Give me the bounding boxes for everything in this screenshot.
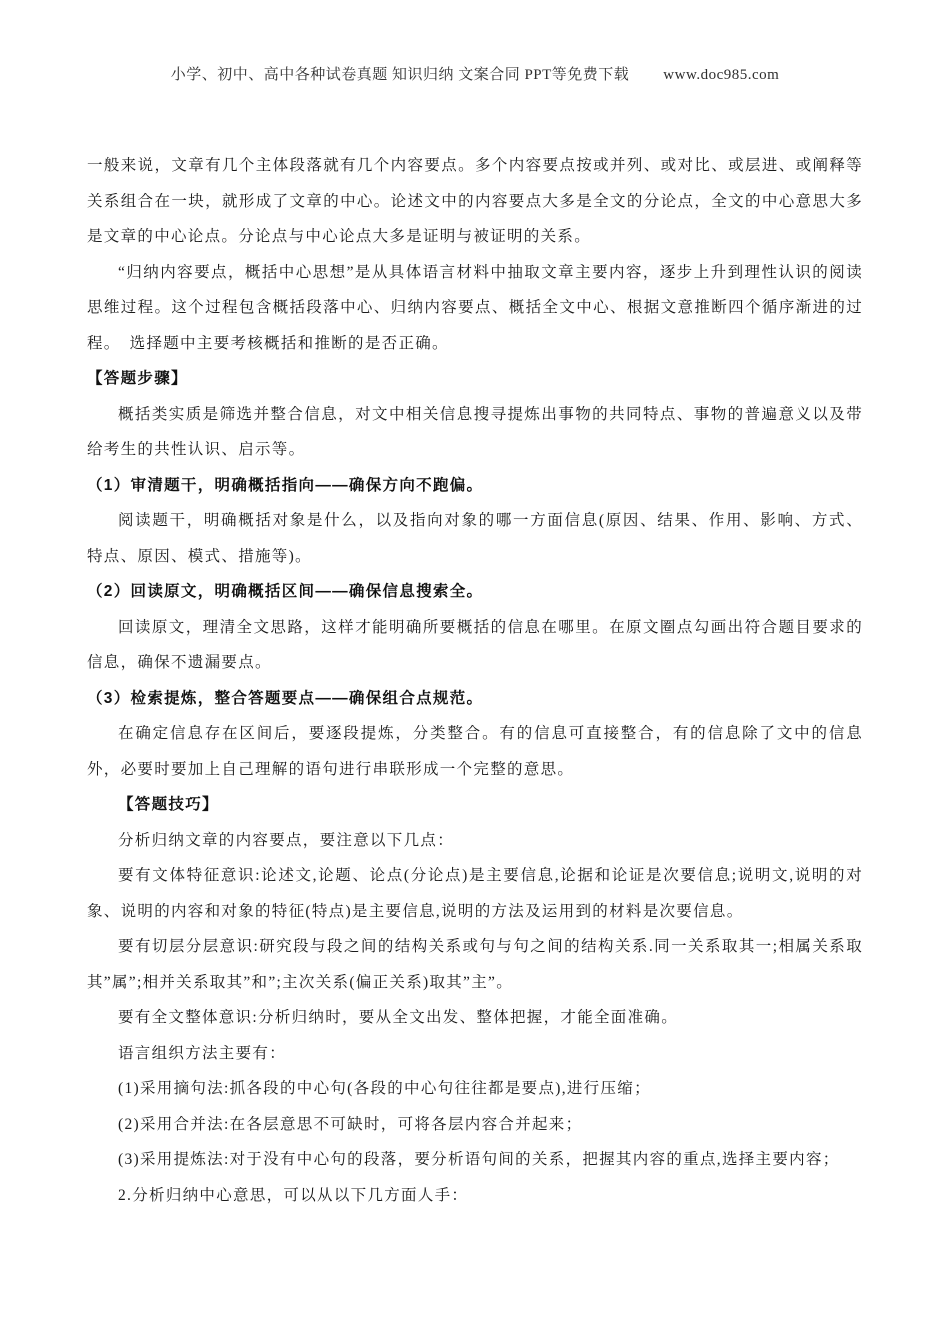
paragraph-method-merge: (2)采用合并法:在各层意思不可缺时，可将各层内容合并起来； bbox=[87, 1107, 863, 1143]
paragraph-whole-text-awareness: 要有全文整体意识:分析归纳时，要从全文出发、整体把握，才能全面准确。 bbox=[87, 1000, 863, 1036]
paragraph-techniques-intro: 分析归纳文章的内容要点，要注意以下几点： bbox=[87, 823, 863, 859]
paragraph-summary-essence: 概括类实质是筛选并整合信息，对文中相关信息搜寻提炼出事物的共同特点、事物的普遍意… bbox=[87, 397, 863, 468]
page-header: 小学、初中、高中各种试卷真题 知识归纳 文案合同 PPT等免费下载www.doc… bbox=[0, 64, 950, 86]
paragraph-intro: 一般来说，文章有几个主体段落就有几个内容要点。多个内容要点按或并列、或对比、或层… bbox=[87, 148, 863, 255]
paragraph-genre-awareness: 要有文体特征意识:论述文,论题、论点(分论点)是主要信息,论据和论证是次要信息;… bbox=[87, 858, 863, 929]
paragraph-definition: “归纳内容要点，概括中心思想”是从具体语言材料中抽取文章主要内容，逐步上升到理性… bbox=[87, 255, 863, 362]
document-body: 一般来说，文章有几个主体段落就有几个内容要点。多个内容要点按或并列、或对比、或层… bbox=[87, 148, 863, 1213]
paragraph-method-extract: (1)采用摘句法:抓各段的中心句(各段的中心句往往都是要点),进行压缩； bbox=[87, 1071, 863, 1107]
heading-step-1: （1）审清题干，明确概括指向——确保方向不跑偏。 bbox=[87, 468, 863, 504]
heading-step-3: （3）检索提炼，整合答题要点——确保组合点规范。 bbox=[87, 681, 863, 717]
heading-answer-techniques: 【答题技巧】 bbox=[87, 787, 863, 823]
paragraph-step-1-detail: 阅读题干，明确概括对象是什么，以及指向对象的哪一方面信息(原因、结果、作用、影响… bbox=[87, 503, 863, 574]
header-site-text: 小学、初中、高中各种试卷真题 知识归纳 文案合同 PPT等免费下载 bbox=[171, 67, 630, 83]
paragraph-language-methods: 语言组织方法主要有： bbox=[87, 1036, 863, 1072]
paragraph-central-idea-intro: 2.分析归纳中心意思，可以从以下几方面人手： bbox=[87, 1178, 863, 1214]
paragraph-step-2-detail: 回读原文，理清全文思路，这样才能明确所要概括的信息在哪里。在原文圈点勾画出符合题… bbox=[87, 610, 863, 681]
heading-answer-steps: 【答题步骤】 bbox=[87, 361, 863, 397]
header-site-url: www.doc985.com bbox=[663, 67, 779, 83]
paragraph-step-3-detail: 在确定信息存在区间后，要逐段提炼，分类整合。有的信息可直接整合，有的信息除了文中… bbox=[87, 716, 863, 787]
document-page: 小学、初中、高中各种试卷真题 知识归纳 文案合同 PPT等免费下载www.doc… bbox=[0, 0, 950, 1344]
paragraph-layer-awareness: 要有切层分层意识:研究段与段之间的结构关系或句与句之间的结构关系.同一关系取其一… bbox=[87, 929, 863, 1000]
heading-step-2: （2）回读原文，明确概括区间——确保信息搜索全。 bbox=[87, 574, 863, 610]
paragraph-method-refine: (3)采用提炼法:对于没有中心句的段落，要分析语句间的关系，把握其内容的重点,选… bbox=[87, 1142, 863, 1178]
